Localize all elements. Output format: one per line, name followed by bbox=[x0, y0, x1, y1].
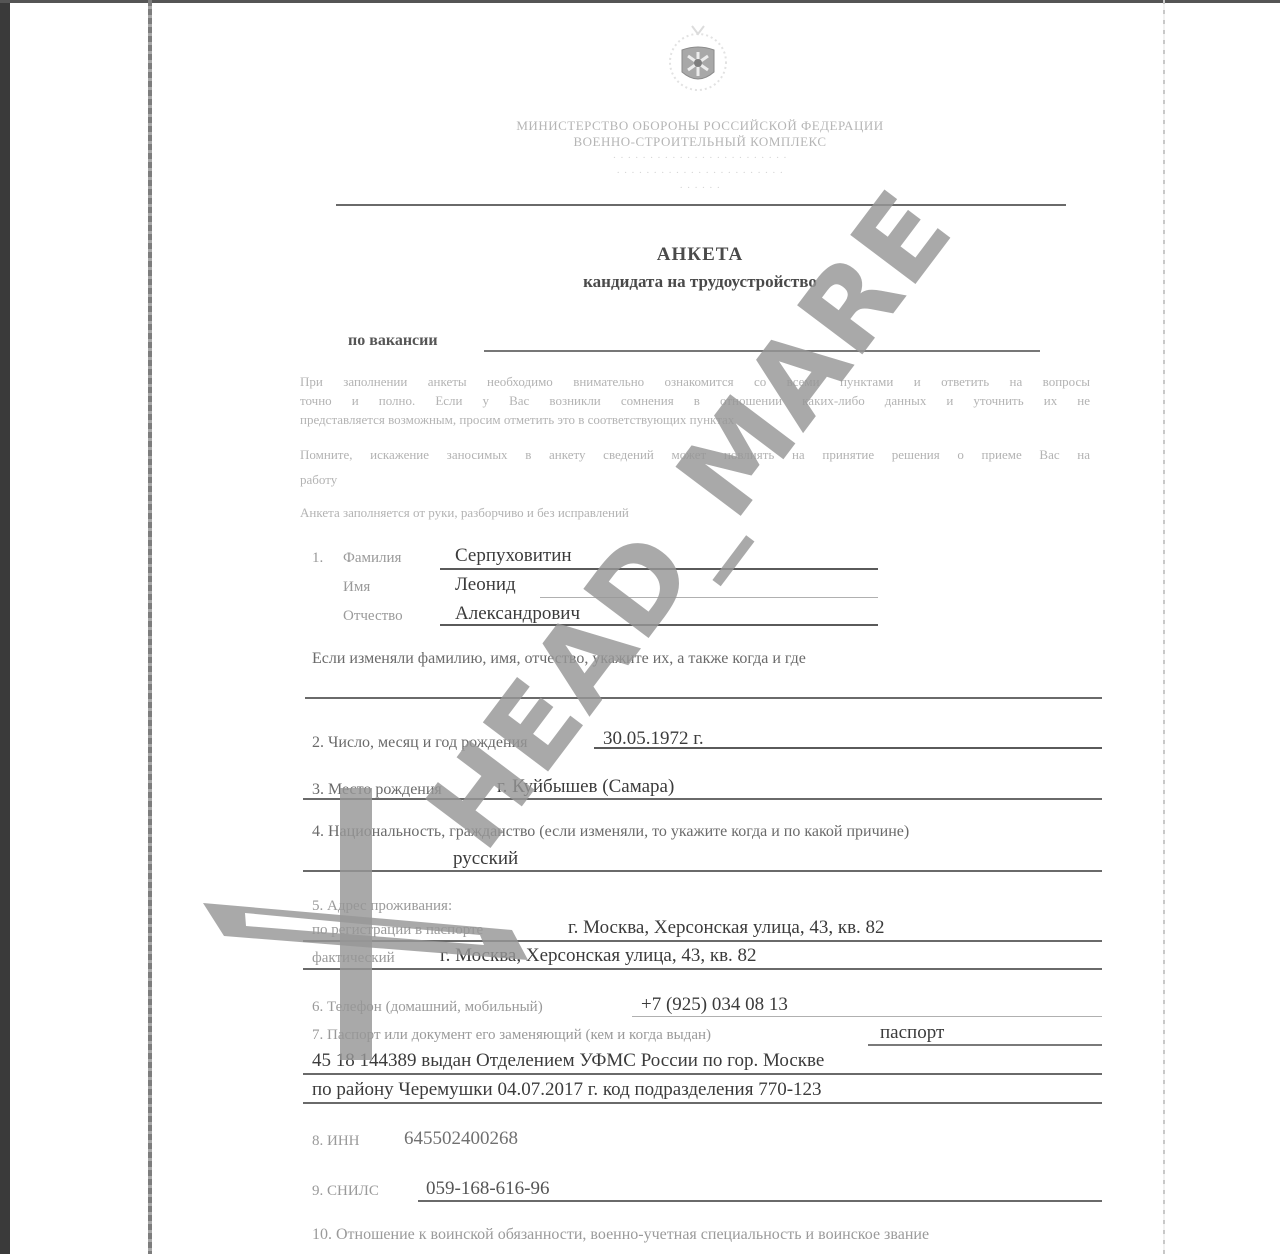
phone-underline bbox=[632, 1016, 1102, 1017]
passport-line-3-underline bbox=[303, 1102, 1102, 1104]
vacancy-underline bbox=[484, 350, 1040, 352]
passport-type-value: паспорт bbox=[880, 1022, 944, 1044]
coat-of-arms-icon bbox=[668, 20, 728, 100]
inn-label: 8. ИНН bbox=[312, 1133, 360, 1150]
passport-line-2-underline bbox=[303, 1073, 1102, 1075]
reg-address-value: г. Москва, Херсонская улица, 43, кв. 82 bbox=[568, 917, 885, 939]
header-divider bbox=[336, 204, 1066, 206]
fact-address-label: фактический bbox=[312, 950, 395, 967]
org-name-line: МИНИСТЕРСТВО ОБОРОНЫ РОССИЙСКОЙ ФЕДЕРАЦИ… bbox=[330, 118, 1070, 134]
org-name-line: ВОЕННО-СТРОИТЕЛЬНЫЙ КОМПЛЕКС bbox=[330, 134, 1070, 150]
fact-address-value: г. Москва, Херсонская улица, 43, кв. 82 bbox=[440, 945, 757, 967]
surname-value: Серпуховитин bbox=[455, 545, 572, 567]
birth-date-underline bbox=[594, 747, 1102, 749]
passport-type-underline bbox=[868, 1044, 1102, 1046]
intro-text-line: работу bbox=[300, 472, 1090, 488]
document-title: АНКЕТА bbox=[560, 244, 840, 266]
reg-address-underline bbox=[303, 940, 1102, 942]
phone-label: 6. Телефон (домашний, мобильный) bbox=[312, 999, 543, 1016]
intro-text-line: представляется возможным, просим отметит… bbox=[300, 412, 1090, 428]
name-value: Леонид bbox=[455, 574, 516, 596]
birth-date-label: 2. Число, месяц и год рождения bbox=[312, 734, 527, 752]
vacancy-label: по вакансии bbox=[348, 332, 438, 350]
surname-underline bbox=[440, 568, 878, 570]
birth-place-label: 3. Место рождения bbox=[312, 781, 442, 799]
birth-place-underline bbox=[303, 798, 1102, 800]
snils-underline bbox=[418, 1200, 1102, 1202]
inn-value: 645502400268 bbox=[404, 1128, 518, 1150]
passport-label: 7. Паспорт или документ его заменяющий (… bbox=[312, 1027, 711, 1044]
phone-value: +7 (925) 034 08 13 bbox=[641, 994, 788, 1016]
name-underline bbox=[540, 597, 878, 598]
org-name-line: · · · · · · · · · · · · · · · · · · · · … bbox=[330, 152, 1070, 164]
intro-text-line: При заполнении анкеты необходимо внимате… bbox=[300, 374, 1090, 390]
document-subtitle: кандидата на трудоустройство bbox=[560, 272, 840, 292]
intro-text-line: точно и полно. Если у Вас возникли сомне… bbox=[300, 393, 1090, 409]
scan-artifact-line bbox=[148, 0, 152, 1254]
passport-line-2: 45 18 144389 выдан Отделением УФМС Росси… bbox=[312, 1050, 824, 1072]
snils-value: 059-168-616-96 bbox=[426, 1178, 549, 1200]
patronymic-label: Отчество bbox=[343, 608, 403, 625]
intro-text-line: Помните, искажение заносимых в анкету св… bbox=[300, 447, 1090, 463]
fact-address-underline bbox=[303, 968, 1102, 970]
nationality-label: 4. Национальность, гражданство (если изм… bbox=[312, 823, 909, 841]
q1-number: 1. bbox=[312, 550, 323, 567]
nationality-underline bbox=[303, 870, 1102, 872]
patronymic-underline bbox=[440, 624, 878, 626]
address-label: 5. Адрес проживания: bbox=[312, 898, 452, 915]
patronymic-value: Александрович bbox=[455, 603, 580, 625]
viewer-top-border bbox=[0, 0, 1280, 3]
birth-place-value: г. Куйбышев (Самара) bbox=[497, 776, 674, 798]
name-change-label: Если изменяли фамилию, имя, отчество, ук… bbox=[312, 650, 806, 668]
nationality-value: русский bbox=[453, 848, 518, 870]
surname-label: Фамилия bbox=[343, 550, 401, 567]
snils-label: 9. СНИЛС bbox=[312, 1183, 379, 1200]
org-name-line: · · · · · · · · · · · · · · · · · · · · … bbox=[330, 167, 1070, 179]
name-change-underline bbox=[305, 697, 1102, 699]
name-label: Имя bbox=[343, 579, 370, 596]
org-name-line: · · · · · · bbox=[330, 182, 1070, 194]
viewer-left-border bbox=[0, 0, 10, 1254]
military-label: 10. Отношение к воинской обязанности, во… bbox=[312, 1226, 929, 1244]
passport-line-3: по району Черемушки 04.07.2017 г. код по… bbox=[312, 1079, 822, 1101]
reg-address-label: по регистрации в паспорте bbox=[312, 922, 483, 939]
scan-artifact-line bbox=[1163, 0, 1165, 1254]
intro-text-line: Анкета заполняется от руки, разборчиво и… bbox=[300, 505, 1090, 521]
